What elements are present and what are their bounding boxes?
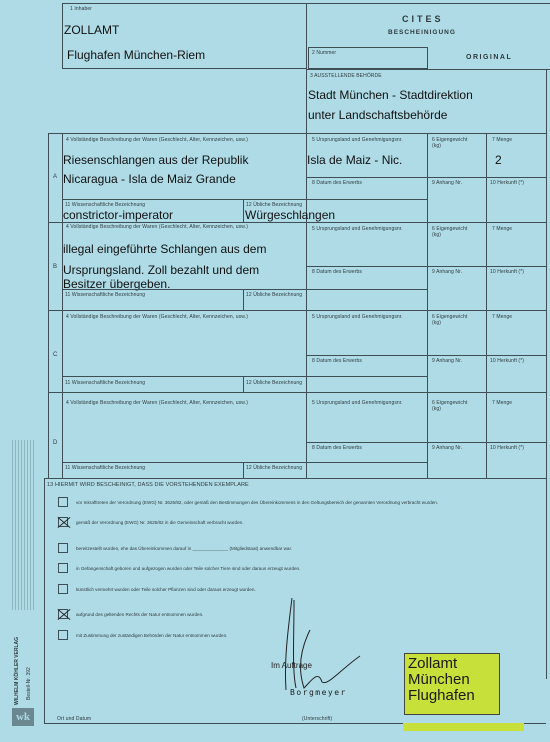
section-d-f8-label: 8 Datum des Erwerbs bbox=[312, 445, 362, 451]
field-3-label: 3 AUSSTELLENDE BEHÖRDE bbox=[310, 73, 382, 79]
section-d-f6-label: 6 Eigengewicht (kg) bbox=[432, 400, 477, 412]
section-d-letter: D bbox=[53, 440, 57, 446]
section-a-f4-label: 4 Vollständige Beschreibung der Waren (G… bbox=[66, 137, 248, 143]
section-c-f5-label: 5 Ursprungsland und Genehmigungsnr. bbox=[312, 314, 403, 320]
customs-stamp: Zollamt München Flughafen bbox=[404, 653, 500, 715]
option-6-text: aufgrund des geltenden Rechts der Natur … bbox=[76, 612, 203, 617]
section-d-f4-label: 4 Vollständige Beschreibung der Waren (G… bbox=[66, 400, 248, 406]
section-a-scientific-name[interactable]: constrictor-imperator bbox=[63, 208, 173, 222]
stamp-line-1: Zollamt bbox=[408, 656, 496, 672]
handwritten-signature bbox=[270, 590, 370, 700]
authority-line-2[interactable]: unter Landschaftsbehörde bbox=[308, 108, 447, 122]
section-c-f7-label: 7 Menge bbox=[492, 314, 512, 320]
section-b-f10-label: 10 Herkunft (*) bbox=[490, 269, 524, 275]
stamp-line-3: Flughafen bbox=[408, 688, 496, 704]
authority-line-1[interactable]: Stadt München - Stadtdirektion bbox=[308, 88, 473, 102]
signer-name: Borgmeyer bbox=[290, 688, 347, 697]
section-d-f7-label: 7 Menge bbox=[492, 400, 512, 406]
section-d-f12-label: 12 Übliche Bezeichnung bbox=[246, 465, 302, 471]
section-b-f4-label: 4 Vollständige Beschreibung der Waren (G… bbox=[66, 224, 248, 230]
stamp-highlight bbox=[403, 723, 524, 731]
section-b-f8-label: 8 Datum des Erwerbs bbox=[312, 269, 362, 275]
field-2-label: 2 Nummer bbox=[312, 50, 336, 56]
field-1-label: 1 Inhaber bbox=[70, 6, 92, 12]
on-behalf-text: Im Auftrage bbox=[271, 661, 312, 670]
checkbox-option-5[interactable] bbox=[58, 584, 68, 594]
holder-line-2[interactable]: Flughafen München-Riem bbox=[67, 48, 205, 62]
section-b-f7-label: 7 Menge bbox=[492, 226, 512, 232]
section-a-f6-label: 6 Eigengewicht (kg) bbox=[432, 137, 477, 149]
section-a-letter: A bbox=[53, 174, 57, 180]
option-4-text: in Gefangenschaft geboren und aufgezogen… bbox=[76, 566, 300, 571]
section-b-f5-label: 5 Ursprungsland und Genehmigungsnr. bbox=[312, 226, 403, 232]
section-d-f9-label: 9 Anhang Nr. bbox=[432, 445, 462, 451]
option-5-text: künstlich vermehrt wurden oder Teile sol… bbox=[76, 587, 256, 592]
copy-type: ORIGINAL bbox=[466, 54, 512, 61]
checkbox-option-4[interactable] bbox=[58, 563, 68, 573]
section-c-f10-label: 10 Herkunft (*) bbox=[490, 358, 524, 364]
section-b-f11-label: 11 Wissenschaftliche Bezeichnung bbox=[65, 292, 145, 298]
option-7-text: mit Zustimmung der zuständigen Behörden … bbox=[76, 633, 227, 638]
section-c-f8-label: 8 Datum des Erwerbs bbox=[312, 358, 362, 364]
holder-line-1[interactable]: ZOLLAMT bbox=[64, 23, 119, 37]
stamp-line-2: München bbox=[408, 672, 496, 688]
section-b-letter: B bbox=[53, 264, 57, 270]
option-2-text: gemäß der Verordnung (EWG) Nr. 3626/82 i… bbox=[76, 520, 244, 525]
section-b-f6-label: 6 Eigengewicht (kg) bbox=[432, 226, 477, 238]
option-3-text: bereitzestellt wurden, ehe das Übereinko… bbox=[76, 546, 292, 551]
cites-subtitle: BESCHEINIGUNG bbox=[388, 29, 456, 36]
section-a-description-1[interactable]: Riesenschlangen aus der Republik bbox=[63, 153, 248, 167]
section-d-f10-label: 10 Herkunft (*) bbox=[490, 445, 524, 451]
field-13-label: 13 HIERMIT WIRD BESCHEINIGT, DASS DIE VO… bbox=[47, 482, 249, 488]
section-b-description-1[interactable]: illegal eingeführte Schlangen aus dem bbox=[63, 242, 266, 256]
section-a-description-2[interactable]: Nicaragua - Isla de Maiz Grande bbox=[63, 172, 236, 186]
section-c-f12-label: 12 Übliche Bezeichnung bbox=[246, 380, 302, 386]
section-a-origin[interactable]: Isla de Maiz - Nic. bbox=[307, 153, 402, 167]
section-c-f11-label: 11 Wissenschaftliche Bezeichnung bbox=[65, 380, 145, 386]
publisher-address-block bbox=[12, 440, 34, 610]
section-a-f8-label: 8 Datum des Erwerbs bbox=[312, 180, 362, 186]
publisher-logo: wk bbox=[12, 708, 34, 726]
section-c-f6-label: 6 Eigengewicht (kg) bbox=[432, 314, 477, 326]
section-b-f12-label: 12 Übliche Bezeichnung bbox=[246, 292, 302, 298]
section-a-f9-label: 9 Anhang Nr. bbox=[432, 180, 462, 186]
checkbox-option-3[interactable] bbox=[58, 543, 68, 553]
publisher-name: WILHELM KÖHLER VERLAG bbox=[14, 637, 20, 705]
order-number: Bestell-Nr. 392 bbox=[26, 667, 32, 700]
checkbox-option-7[interactable] bbox=[58, 630, 68, 640]
section-b-f9-label: 9 Anhang Nr. bbox=[432, 269, 462, 275]
section-d-f5-label: 5 Ursprungsland und Genehmigungsnr. bbox=[312, 400, 403, 406]
option-1-text: vor Inkrafttreten der Verordnung (EWG) N… bbox=[76, 500, 438, 505]
checkbox-option-6[interactable] bbox=[58, 609, 68, 619]
checkbox-option-1[interactable] bbox=[58, 497, 68, 507]
section-a-common-name[interactable]: Würgeschlangen bbox=[245, 208, 335, 222]
checkbox-option-2[interactable] bbox=[58, 517, 68, 527]
section-c-f9-label: 9 Anhang Nr. bbox=[432, 358, 462, 364]
section-b-description-2[interactable]: Ursprungsland. Zoll bezahlt und dem bbox=[63, 263, 259, 277]
section-a-quantity[interactable]: 2 bbox=[495, 153, 502, 167]
section-a-f5-label: 5 Ursprungsland und Genehmigungsnr. bbox=[312, 137, 403, 143]
place-date-label: Ort und Datum bbox=[57, 716, 91, 722]
section-a-f7-label: 7 Menge bbox=[492, 137, 512, 143]
signature-label: (Unterschrift) bbox=[302, 716, 332, 722]
cites-title: CITES bbox=[402, 14, 444, 24]
publisher-logo-text: wk bbox=[16, 711, 30, 723]
section-c-letter: C bbox=[53, 352, 57, 358]
section-c-f4-label: 4 Vollständige Beschreibung der Waren (G… bbox=[66, 314, 248, 320]
section-a-f10-label: 10 Herkunft (*) bbox=[490, 180, 524, 186]
section-d-f11-label: 11 Wissenschaftliche Bezeichnung bbox=[65, 465, 145, 471]
